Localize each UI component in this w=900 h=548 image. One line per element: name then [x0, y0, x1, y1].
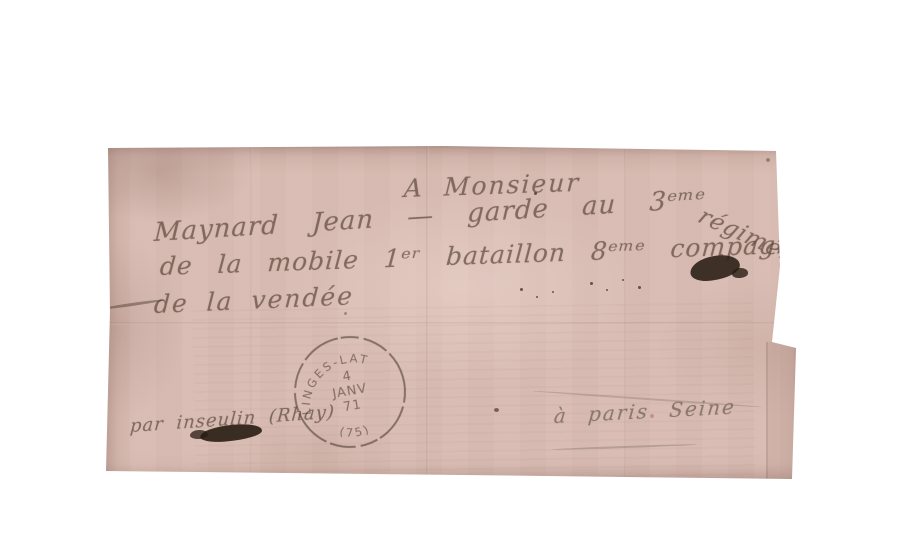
postmark-rim-bottom-text: (75) — [335, 417, 373, 445]
ink-speck — [552, 291, 554, 293]
ink-speck — [622, 279, 624, 281]
ink-speck — [638, 286, 641, 289]
photo-canvas: { "meta": { "description": "Photograph o… — [0, 0, 900, 548]
ink-blot-small — [732, 268, 748, 278]
postmark-date-day: 4 — [341, 369, 353, 385]
ink-speck — [344, 312, 347, 315]
ink-speck — [494, 408, 499, 412]
paper-showthrough-texture — [193, 302, 755, 485]
postmark-date-year: 71 — [342, 397, 363, 415]
letter-envelope: A Monsieur Maynard Jean — garde au 3ᵉᵐᵉ … — [104, 146, 796, 480]
ink-speck — [520, 288, 523, 291]
ink-speck — [536, 296, 538, 298]
ink-speck — [534, 192, 537, 195]
horizontal-crease — [104, 322, 796, 325]
ink-speck — [590, 282, 593, 285]
ink-speck — [606, 289, 608, 291]
red-stain-dot — [650, 414, 654, 418]
folded-flap-edge — [766, 342, 796, 479]
postmark-rim-top-text: LINGES-LAT — [286, 345, 382, 418]
ink-speck — [766, 158, 770, 162]
